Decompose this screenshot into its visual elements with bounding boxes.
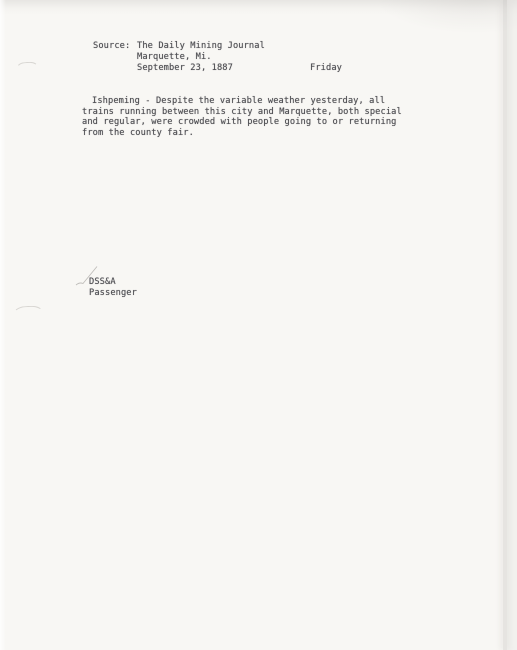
scan-right-edge-margin: [507, 0, 517, 650]
category-label: Passenger: [89, 288, 137, 299]
article-line: trains running between this city and Mar…: [82, 107, 402, 118]
source-citation: The Daily Mining Journal Marquette, Mi. …: [137, 41, 265, 74]
scan-left-edge-highlight: [0, 0, 6, 650]
paperclip-arc-mark-top: [16, 61, 40, 77]
scan-top-right-smudge: [377, 0, 517, 34]
paperclip-arc-mark-bottom: [13, 305, 45, 324]
source-location: Marquette, Mi.: [137, 52, 265, 63]
source-date: September 23, 1887: [137, 63, 265, 74]
scanned-document-page: Source: The Daily Mining Journal Marquet…: [0, 0, 517, 650]
article-line: from the county fair.: [82, 128, 402, 139]
index-notation: DSS&A Passenger: [89, 277, 137, 299]
paper-right-edge-shadow: [503, 0, 507, 650]
article-line: Ishpeming - Despite the variable weather…: [82, 96, 402, 107]
source-label: Source:: [93, 41, 130, 52]
article-body: Ishpeming - Despite the variable weather…: [82, 96, 402, 138]
source-weekday: Friday: [310, 63, 342, 74]
article-line: and regular, were crowded with people go…: [82, 117, 402, 128]
source-publication: The Daily Mining Journal: [137, 41, 265, 52]
railroad-abbreviation: DSS&A: [89, 277, 137, 288]
